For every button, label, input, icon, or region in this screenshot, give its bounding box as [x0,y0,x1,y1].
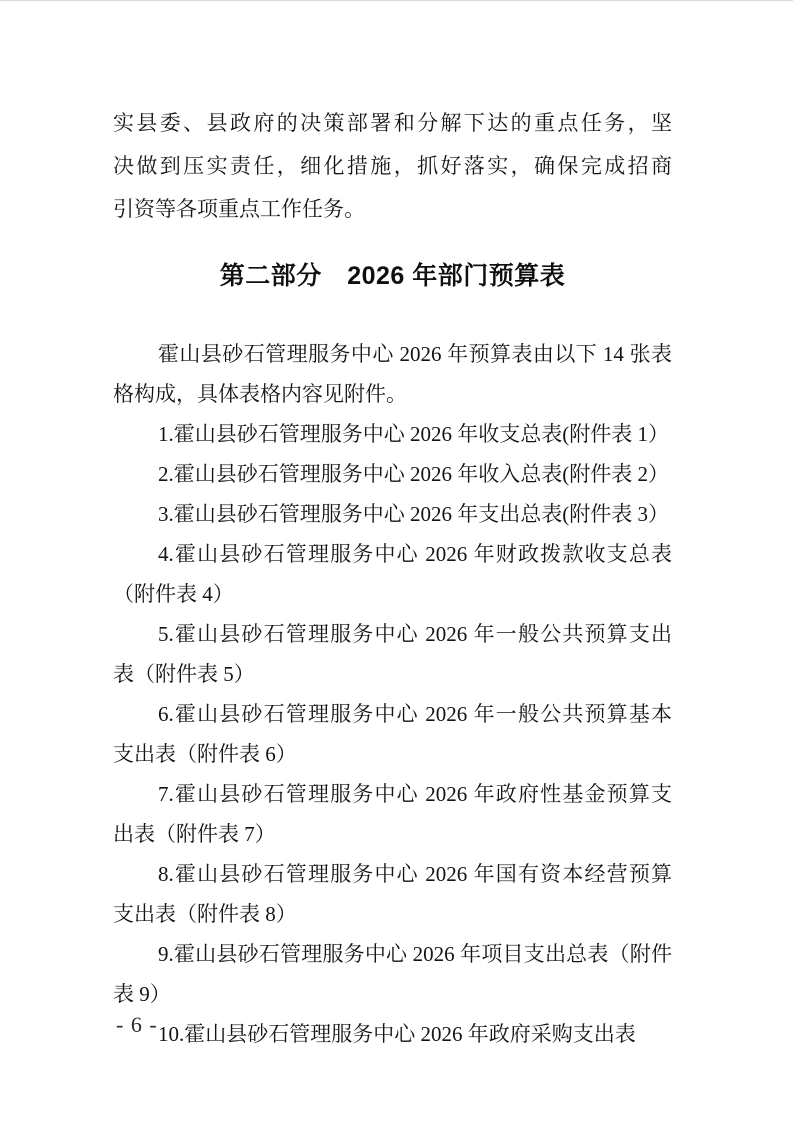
continuation-paragraph: 实县委、县政府的决策部署和分解下达的重点任务，坚 决做到压实责任，细化措施，抓好… [113,102,672,231]
body-text-line: 决做到压实责任，细化措施，抓好落实，确保完成招商 [113,145,672,188]
list-item: 9.霍山县砂石管理服务中心 2026 年项目支出总表（附件 表 9） [113,934,672,1014]
body-text-line: 格构成，具体表格内容见附件。 [113,374,672,414]
list-item-line: 支出表（附件表 8） [113,894,672,934]
list-item-line: 表（附件表 5） [113,654,672,694]
body-text-line: 实县委、县政府的决策部署和分解下达的重点任务，坚 [113,102,672,145]
list-item: 10.霍山县砂石管理服务中心 2026 年政府采购支出表 [113,1014,672,1054]
page-number: - 6 - [116,1012,158,1038]
list-item-line: 10.霍山县砂石管理服务中心 2026 年政府采购支出表 [113,1014,672,1054]
list-item-line: （附件表 4） [113,574,672,614]
list-item-line: 1.霍山县砂石管理服务中心 2026 年收支总表(附件表 1） [113,414,672,454]
list-item-line: 4.霍山县砂石管理服务中心 2026 年财政拨款收支总表 [113,534,672,574]
list-item-line: 5.霍山县砂石管理服务中心 2026 年一般公共预算支出 [113,614,672,654]
list-item: 3.霍山县砂石管理服务中心 2026 年支出总表(附件表 3） [113,494,672,534]
table-list: 1.霍山县砂石管理服务中心 2026 年收支总表(附件表 1） 2.霍山县砂石管… [113,414,672,1054]
list-item: 6.霍山县砂石管理服务中心 2026 年一般公共预算基本 支出表（附件表 6） [113,694,672,774]
list-item-line: 表 9） [113,974,672,1014]
list-item-line: 支出表（附件表 6） [113,734,672,774]
list-item: 2.霍山县砂石管理服务中心 2026 年收入总表(附件表 2） [113,454,672,494]
list-item: 1.霍山县砂石管理服务中心 2026 年收支总表(附件表 1） [113,414,672,454]
list-item-line: 8.霍山县砂石管理服务中心 2026 年国有资本经营预算 [113,854,672,894]
list-item: 5.霍山县砂石管理服务中心 2026 年一般公共预算支出 表（附件表 5） [113,614,672,694]
list-item: 7.霍山县砂石管理服务中心 2026 年政府性基金预算支 出表（附件表 7） [113,774,672,854]
list-item-line: 3.霍山县砂石管理服务中心 2026 年支出总表(附件表 3） [113,494,672,534]
list-item: 4.霍山县砂石管理服务中心 2026 年财政拨款收支总表 （附件表 4） [113,534,672,614]
list-item-line: 出表（附件表 7） [113,814,672,854]
list-item-line: 2.霍山县砂石管理服务中心 2026 年收入总表(附件表 2） [113,454,672,494]
body-text-line: 引资等各项重点工作任务。 [113,188,672,231]
budget-tables-section: 霍山县砂石管理服务中心 2026 年预算表由以下 14 张表 格构成，具体表格内… [113,334,672,1054]
list-item-line: 7.霍山县砂石管理服务中心 2026 年政府性基金预算支 [113,774,672,814]
list-item: 8.霍山县砂石管理服务中心 2026 年国有资本经营预算 支出表（附件表 8） [113,854,672,934]
list-item-line: 9.霍山县砂石管理服务中心 2026 年项目支出总表（附件 [113,934,672,974]
list-item-line: 6.霍山县砂石管理服务中心 2026 年一般公共预算基本 [113,694,672,734]
scan-edge-line [0,0,793,1]
page-content: 实县委、县政府的决策部署和分解下达的重点任务，坚 决做到压实责任，细化措施，抓好… [113,102,672,1054]
body-text-line: 霍山县砂石管理服务中心 2026 年预算表由以下 14 张表 [113,334,672,374]
intro-paragraph: 霍山县砂石管理服务中心 2026 年预算表由以下 14 张表 格构成，具体表格内… [113,334,672,414]
section-heading: 第二部分 2026 年部门预算表 [113,256,672,296]
document-page: 实县委、县政府的决策部署和分解下达的重点任务，坚 决做到压实责任，细化措施，抓好… [0,0,793,1122]
